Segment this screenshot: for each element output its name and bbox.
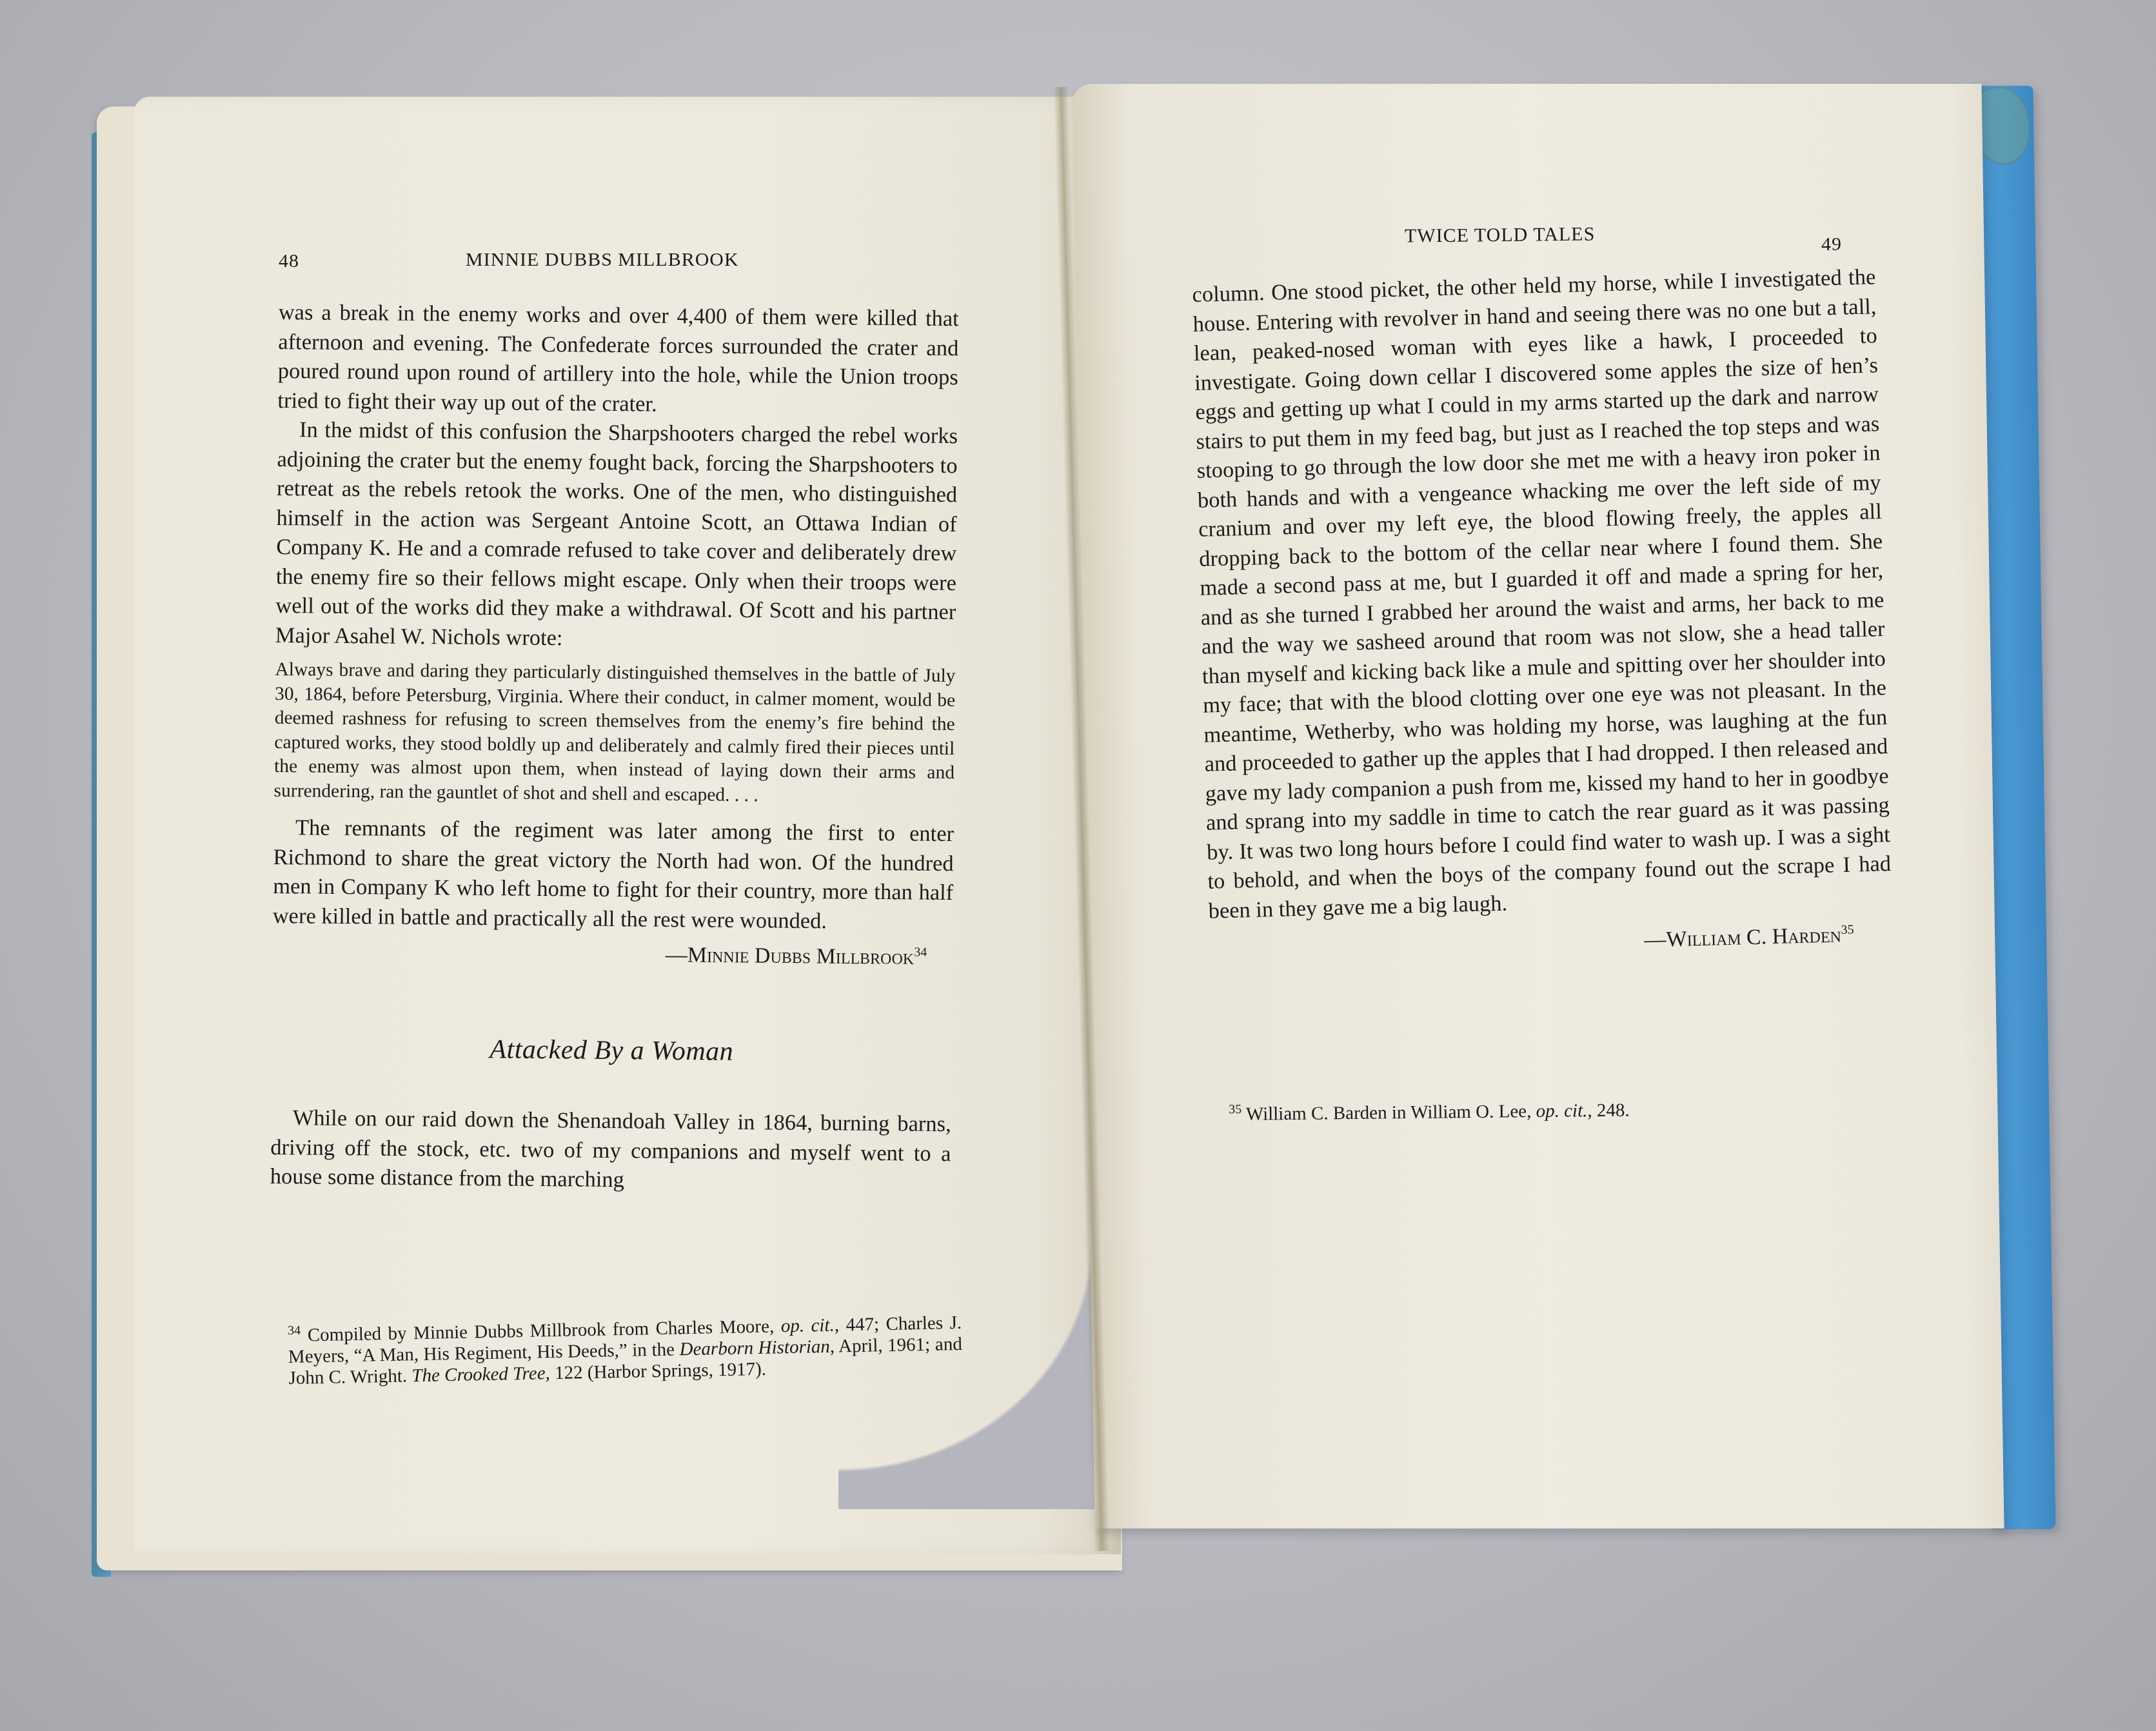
footnote-text: , 122 (Harbor Springs, 1917).: [545, 1359, 766, 1384]
body-paragraph: In the midst of this confusion the Sharp…: [275, 415, 958, 657]
footnote-italic: The Crooked Tree: [411, 1363, 546, 1386]
block-quote: Always brave and daring they particularl…: [273, 658, 955, 809]
body-paragraph: The remnants of the regiment was later a…: [273, 813, 954, 937]
footnote-italic: Dearborn Historian: [679, 1336, 830, 1360]
left-page-body: was a break in the enemy works and over …: [270, 298, 959, 1198]
footnote-text: William C. Barden in William O. Lee,: [1246, 1101, 1536, 1125]
footnote-number: 34: [288, 1323, 301, 1338]
body-paragraph: was a break in the enemy works and over …: [277, 298, 959, 422]
left-page-number: 48: [279, 250, 299, 272]
signature-name: —Minnie Dubbs Millbrook: [666, 943, 915, 969]
right-page-number: 49: [1821, 233, 1842, 255]
author-signature: —Minnie Dubbs Millbrook34: [272, 932, 953, 973]
right-running-head: TWICE TOLD TALES: [1405, 223, 1596, 247]
body-paragraph: column. One stood picket, the other held…: [1192, 262, 1892, 925]
footnote-italic: op. cit.: [780, 1315, 835, 1337]
footnote-italic: op. cit.: [1536, 1100, 1587, 1122]
footnote-text: , 248.: [1587, 1100, 1630, 1121]
footnote-number: 35: [1229, 1102, 1241, 1116]
signature-name: —William C. Harden: [1644, 923, 1841, 952]
left-running-head: MINNIE DUBBS MILLBROOK: [466, 249, 739, 271]
section-title: Attacked By a Woman: [272, 1033, 952, 1069]
book-photo: 48 MINNIE DUBBS MILLBROOK was a break in…: [0, 0, 2156, 1731]
left-footnote: 34 Compiled by Minnie Dubbs Millbrook fr…: [288, 1312, 963, 1389]
footnote-reference: 34: [914, 945, 927, 960]
footnote-reference: 35: [1841, 922, 1854, 937]
body-paragraph: While on our raid down the Shenandoah Va…: [270, 1103, 951, 1198]
right-page-body: column. One stood picket, the other held…: [1192, 262, 1893, 966]
